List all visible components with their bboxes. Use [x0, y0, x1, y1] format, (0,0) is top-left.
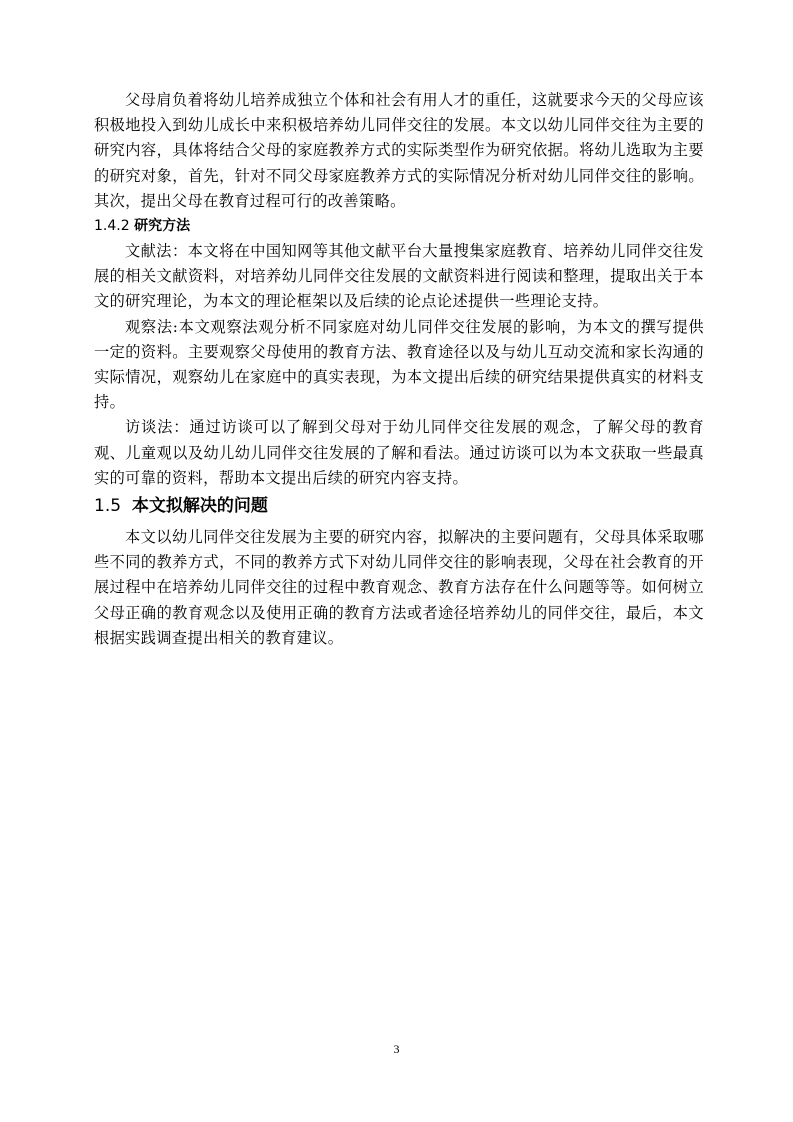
page-number: 3	[0, 1042, 793, 1057]
method-literature-paragraph: 文献法：本文将在中国知网等其他文献平台大量搜集家庭教育、培养幼儿同伴交往发展的相…	[94, 239, 704, 315]
section-title: 本文拟解决的问题	[132, 496, 268, 516]
method-observation-paragraph: 观察法:本文观察法观分析不同家庭对幼儿同伴交往发展的影响，为本文的撰写提供一定的…	[94, 315, 704, 416]
section-heading-1-5: 1.5 本文拟解决的问题	[94, 495, 704, 517]
section-number: 1.4.2	[94, 218, 130, 234]
section-number: 1.5	[94, 496, 121, 516]
section-heading-1-4-2: 1.4.2 研究方法	[94, 214, 704, 239]
method-interview-paragraph: 访谈法：通过访谈可以了解到父母对于幼儿同伴交往发展的观念，了解父母的教育观、儿童…	[94, 415, 704, 491]
document-page: 父母肩负着将幼儿培养成独立个体和社会有用人才的重任，这就要求今天的父母应该积极地…	[94, 88, 704, 651]
section-title: 研究方法	[134, 218, 190, 234]
problems-paragraph: 本文以幼儿同伴交往发展为主要的研究内容，拟解决的主要问题有，父母具体采取哪些不同…	[94, 525, 704, 651]
intro-paragraph: 父母肩负着将幼儿培养成独立个体和社会有用人才的重任，这就要求今天的父母应该积极地…	[94, 88, 704, 214]
